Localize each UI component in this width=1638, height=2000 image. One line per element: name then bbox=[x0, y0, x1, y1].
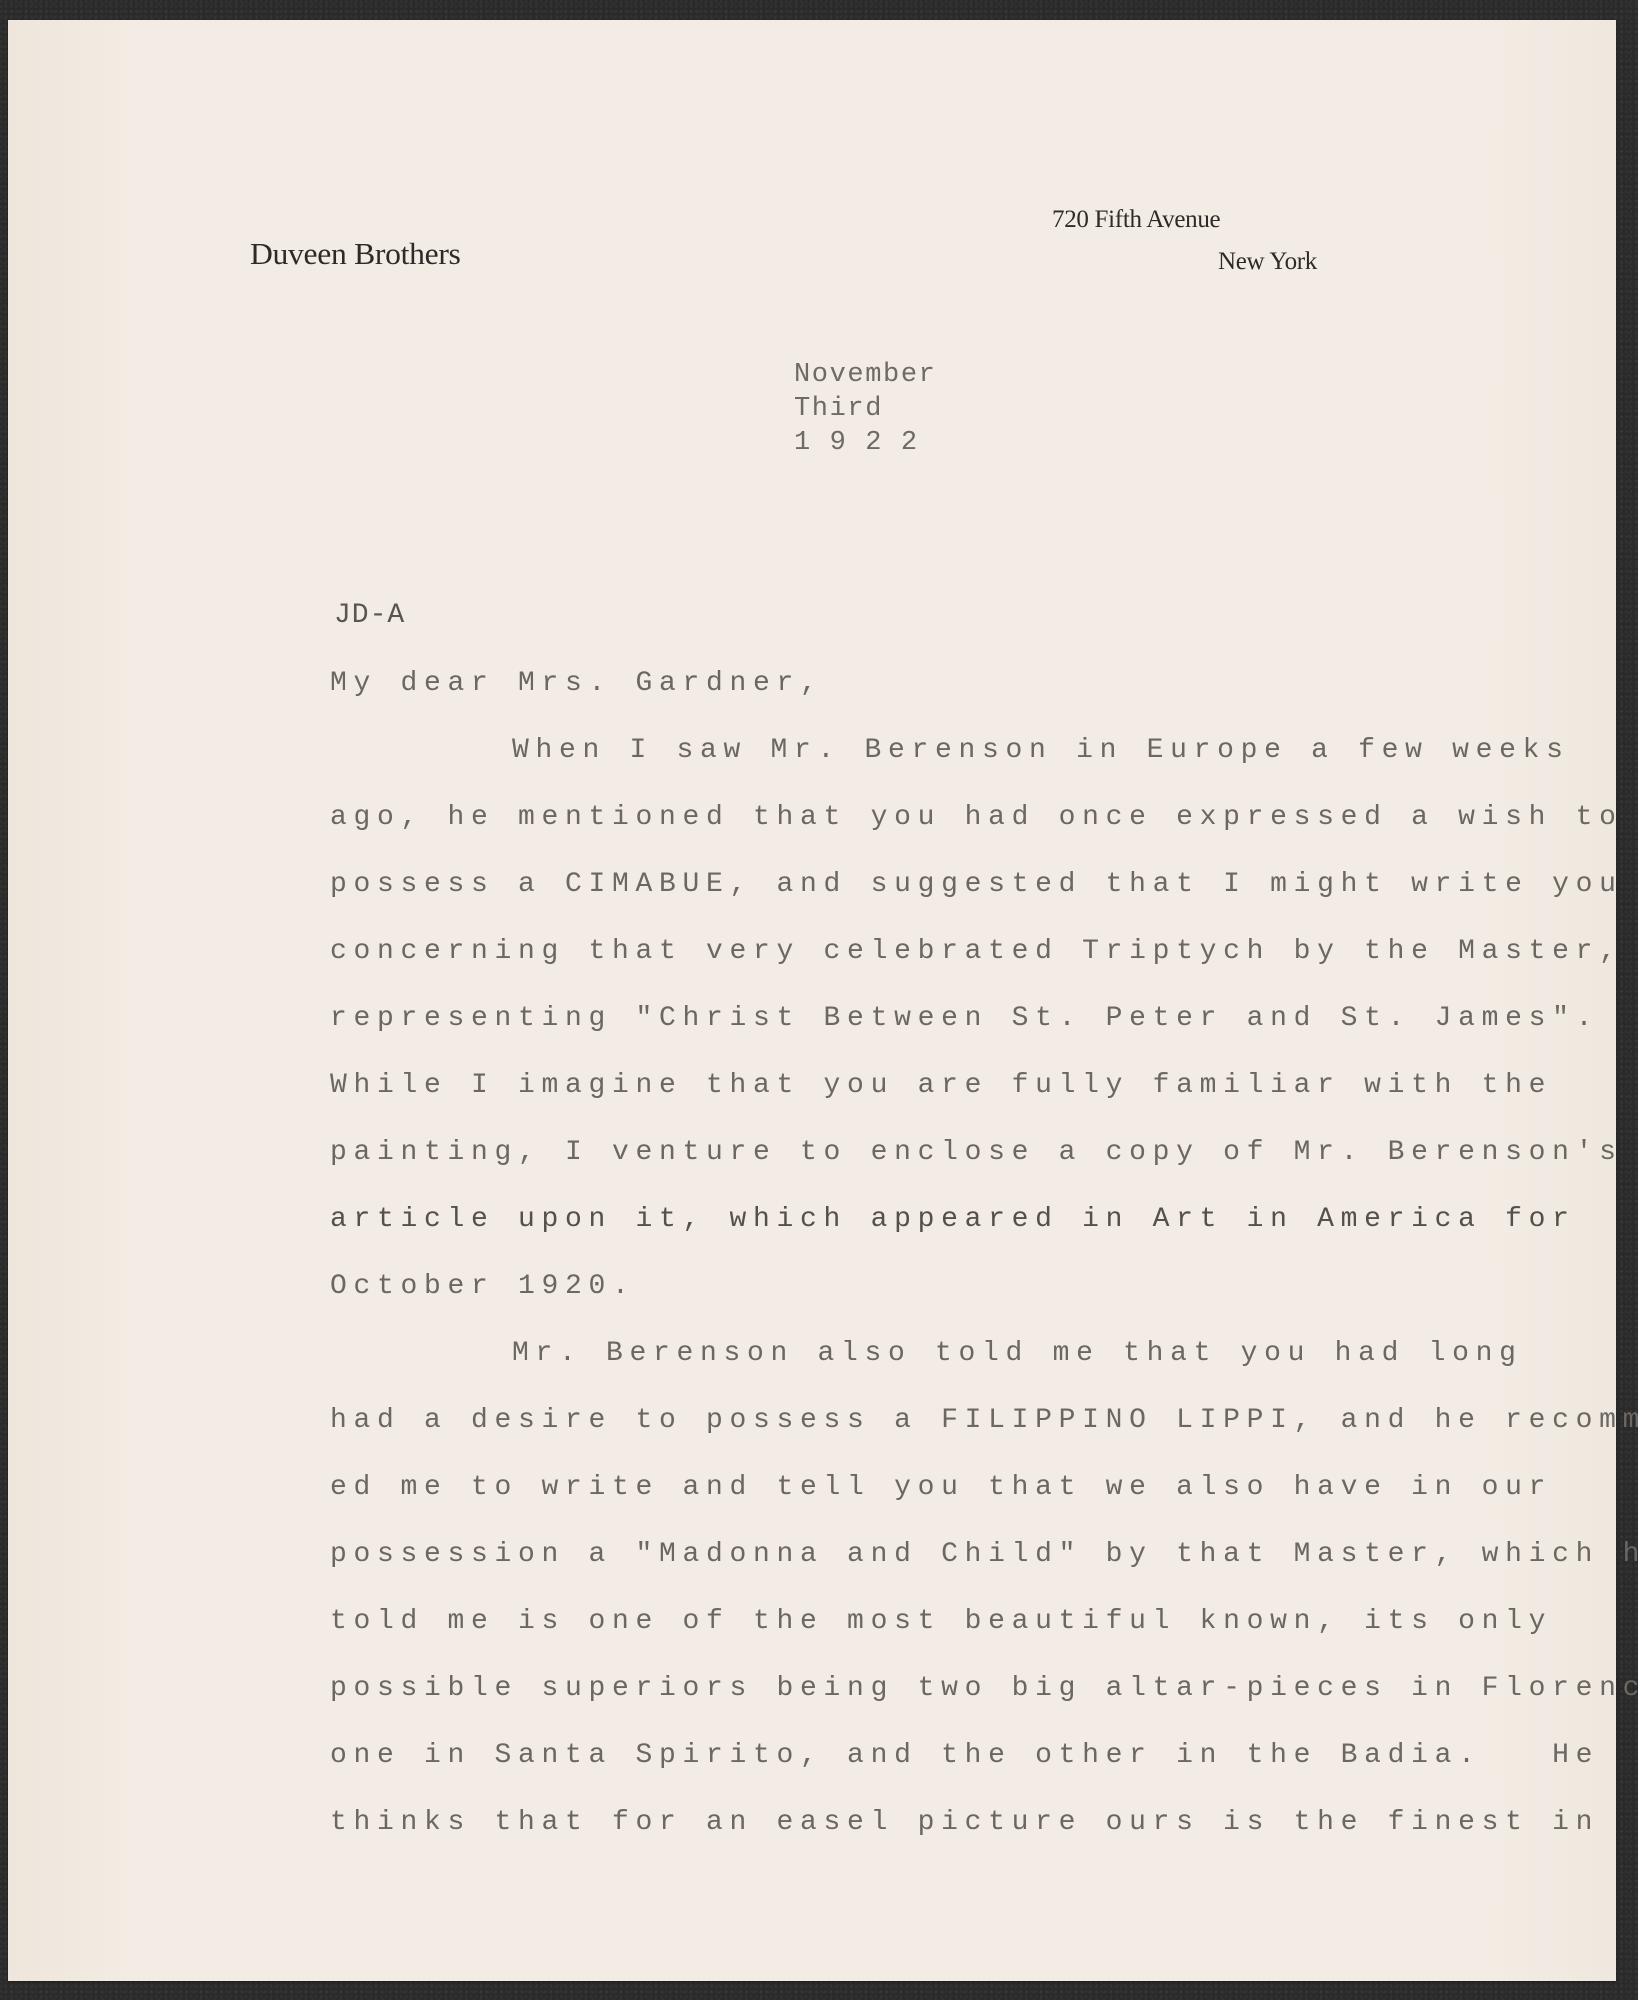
letterhead-address-city: New York bbox=[1218, 248, 1317, 276]
date-month: November bbox=[794, 360, 936, 390]
body-line: Mr. Berenson also told me that you had l… bbox=[512, 1338, 1523, 1369]
body-line: concerning that very celebrated Triptych… bbox=[330, 936, 1623, 967]
body-line: possible superiors being two big altar-p… bbox=[330, 1673, 1638, 1704]
body-line: When I saw Mr. Berenson in Europe a few … bbox=[512, 735, 1570, 766]
body-line: possession a "Madonna and Child" by that… bbox=[330, 1539, 1638, 1570]
body-line: ed me to write and tell you that we also… bbox=[330, 1472, 1552, 1503]
date-day: Third bbox=[794, 394, 883, 424]
body-line: thinks that for an easel picture ours is… bbox=[330, 1807, 1599, 1838]
letterhead-firm-name: Duveen Brothers bbox=[250, 236, 461, 272]
body-line: one in Santa Spirito, and the other in t… bbox=[330, 1740, 1599, 1771]
body-line: told me is one of the most beautiful kno… bbox=[330, 1606, 1552, 1637]
letterhead-address-street: 720 Fifth Avenue bbox=[1052, 206, 1220, 234]
body-line: article upon it, which appeared in Art i… bbox=[330, 1204, 1576, 1235]
date-year: 1 9 2 2 bbox=[794, 428, 919, 458]
salutation: My dear Mrs. Gardner, bbox=[330, 668, 824, 699]
reference-initials: JD-A bbox=[334, 600, 405, 631]
body-line: While I imagine that you are fully famil… bbox=[330, 1070, 1552, 1101]
body-line: had a desire to possess a FILIPPINO LIPP… bbox=[330, 1405, 1638, 1436]
body-line: representing "Christ Between St. Peter a… bbox=[330, 1003, 1599, 1034]
body-line: painting, I venture to enclose a copy of… bbox=[330, 1137, 1623, 1168]
body-line: possess a CIMABUE, and suggested that I … bbox=[330, 869, 1623, 900]
letter-page: Duveen Brothers 720 Fifth Avenue New Yor… bbox=[8, 20, 1616, 1981]
body-line: ago, he mentioned that you had once expr… bbox=[330, 802, 1623, 833]
body-line: October 1920. bbox=[330, 1271, 636, 1302]
